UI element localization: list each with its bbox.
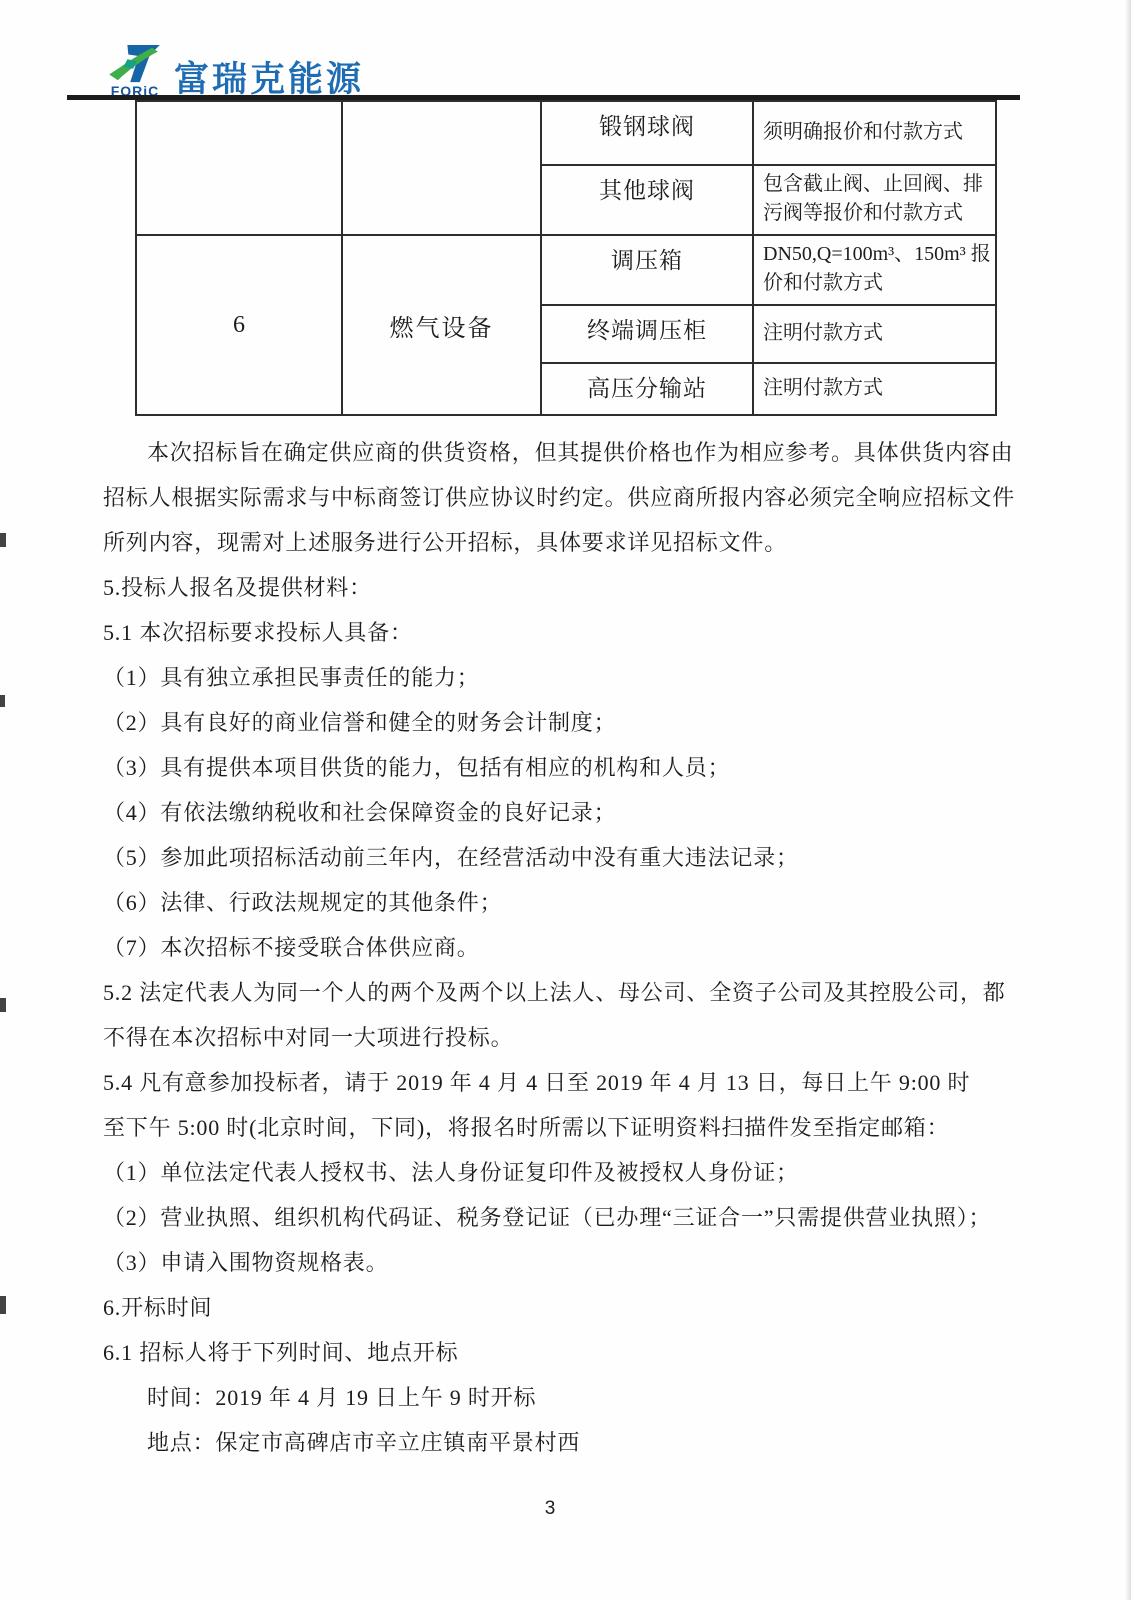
- table-row: 6 燃气设备 调压箱 DN50,Q=100m³、150m³ 报价和付款方式: [136, 235, 996, 305]
- foric-logo-mark: FORiC: [104, 44, 166, 97]
- table-cell-category: 燃气设备: [342, 235, 541, 415]
- page-number: 3: [0, 1498, 1100, 1520]
- text-line: 招标人根据实际需求与中标商签订供应协议时约定。供应商所报内容必须完全响应招标文件: [103, 475, 1043, 520]
- text-line: （4）有依法缴纳税收和社会保障资金的良好记录；: [103, 790, 1043, 835]
- text-line: 5.投标人报名及提供材料：: [103, 565, 1043, 610]
- table-cell-category-empty: [342, 101, 541, 235]
- table-cell-seq: 6: [136, 235, 342, 415]
- table-cell-item: 高压分输站: [541, 363, 753, 415]
- procurement-table: 锻钢球阀 须明确报价和付款方式 其他球阀 包含截止阀、止回阀、排污阀等报价和付款…: [135, 100, 997, 416]
- table-cell-item: 锻钢球阀: [541, 101, 753, 165]
- foric-logo-icon: [108, 44, 162, 84]
- table-cell-item: 其他球阀: [541, 165, 753, 235]
- text-line: 5.2 法定代表人为同一个人的两个及两个以上法人、母公司、全资子公司及其控股公司…: [103, 970, 1043, 1015]
- text-line: 地点：保定市高碑店市辛立庄镇南平景村西: [103, 1420, 1043, 1465]
- table-row: 锻钢球阀 须明确报价和付款方式: [136, 101, 996, 165]
- table-cell-note: DN50,Q=100m³、150m³ 报价和付款方式: [753, 235, 996, 305]
- scan-artifact: [0, 695, 5, 707]
- text-line: （3）具有提供本项目供货的能力，包括有相应的机构和人员；: [103, 745, 1043, 790]
- text-line: （2）具有良好的商业信誉和健全的财务会计制度；: [103, 700, 1043, 745]
- text-line: （7）本次招标不接受联合体供应商。: [103, 925, 1043, 970]
- table-cell-item: 终端调压柜: [541, 305, 753, 363]
- text-line: 至下午 5:00 时(北京时间，下同)，将报名时所需以下证明资料扫描件发至指定邮…: [103, 1105, 1043, 1150]
- scan-artifact: [0, 998, 6, 1012]
- text-line: （3）申请入围物资规格表。: [103, 1240, 1043, 1285]
- table-cell-note: 注明付款方式: [753, 305, 996, 363]
- text-line: （6）法律、行政法规规定的其他条件；: [103, 880, 1043, 925]
- text-line: （1）具有独立承担民事责任的能力；: [103, 655, 1043, 700]
- scan-artifact: [0, 533, 6, 547]
- text-line: 6.开标时间: [103, 1285, 1043, 1330]
- scan-edge-shade: [1125, 0, 1131, 1600]
- text-line: 6.1 招标人将于下列时间、地点开标: [103, 1330, 1043, 1375]
- company-logo: FORiC 富瑞克能源: [104, 44, 364, 102]
- text-line: 时间：2019 年 4 月 19 日上午 9 时开标: [103, 1375, 1043, 1420]
- table-cell-note: 注明付款方式: [753, 363, 996, 415]
- text-line: （2）营业执照、组织机构代码证、税务登记证（已办理“三证合一”只需提供营业执照）…: [103, 1195, 1043, 1240]
- document-page: FORiC 富瑞克能源 锻钢球阀 须明确报价和付款方式 其他球阀 包含截止阀、止…: [0, 0, 1131, 1600]
- document-body: 本次招标旨在确定供应商的供货资格，但其提供价格也作为相应参考。具体供货内容由招标…: [103, 430, 1043, 1465]
- text-line: 本次招标旨在确定供应商的供货资格，但其提供价格也作为相应参考。具体供货内容由: [103, 430, 1043, 475]
- text-line: 5.1 本次招标要求投标人具备：: [103, 610, 1043, 655]
- table-cell-seq-empty: [136, 101, 342, 235]
- text-line: 不得在本次招标中对同一大项进行投标。: [103, 1015, 1043, 1060]
- text-line: 所列内容，现需对上述服务进行公开招标，具体要求详见招标文件。: [103, 520, 1043, 565]
- scan-artifact: [0, 1296, 6, 1314]
- text-line: 5.4 凡有意参加投标者，请于 2019 年 4 月 4 日至 2019 年 4…: [103, 1060, 1043, 1105]
- text-line: （1）单位法定代表人授权书、法人身份证复印件及被授权人身份证；: [103, 1150, 1043, 1195]
- text-line: （5）参加此项招标活动前三年内，在经营活动中没有重大违法记录；: [103, 835, 1043, 880]
- table-cell-item: 调压箱: [541, 235, 753, 305]
- table-cell-note: 包含截止阀、止回阀、排污阀等报价和付款方式: [753, 165, 996, 235]
- table-cell-note: 须明确报价和付款方式: [753, 101, 996, 165]
